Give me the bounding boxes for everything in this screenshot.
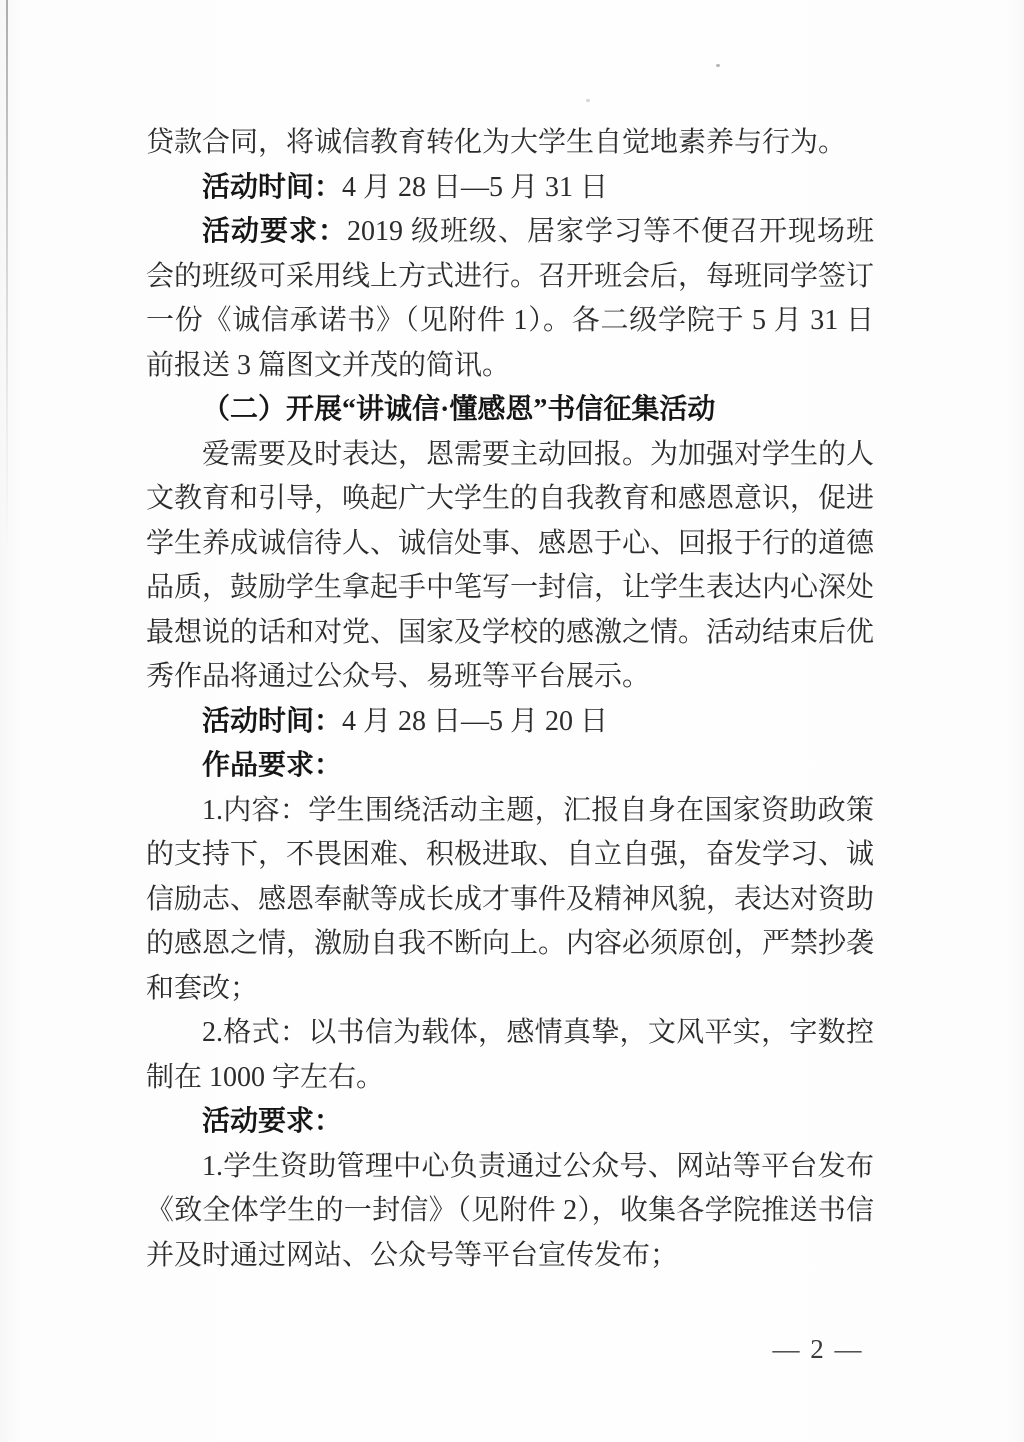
document-body: 贷款合同，将诚信教育转化为大学生自觉地素养与行为。 活动时间：4 月 28 日—… <box>146 121 874 1278</box>
paragraph-loan-contract-continuation: 贷款合同，将诚信教育转化为大学生自觉地素养与行为。 <box>146 121 874 166</box>
paragraph-work-requirement-content: 1.内容：学生围绕活动主题，汇报自身在国家资助政策的支持下，不畏困难、积极进取、… <box>146 789 874 1012</box>
paragraph-activity-time-letter: 活动时间：4 月 28 日—5 月 20 日 <box>146 700 874 745</box>
paragraph-activity-requirement-item-1: 1.学生资助管理中心负责通过公众号、网站等平台发布《致全体学生的一封信》（见附件… <box>146 1145 874 1279</box>
activity-requirements-heading: 活动要求： <box>146 1100 874 1145</box>
scan-edge-artifact <box>6 0 8 560</box>
scanned-document-page: 贷款合同，将诚信教育转化为大学生自觉地素养与行为。 活动时间：4 月 28 日—… <box>0 0 1024 1442</box>
paragraph-activity-requirements-class-meeting: 活动要求：2019 级班级、居家学习等不便召开现场班会的班级可采用线上方式进行。… <box>146 210 874 388</box>
work-requirements-heading: 作品要求： <box>146 744 874 789</box>
activity-time-value: 4 月 28 日—5 月 20 日 <box>342 706 608 737</box>
activity-time-label: 活动时间： <box>202 706 342 737</box>
paragraph-work-requirement-format: 2.格式：以书信为载体，感情真挚，文风平实，字数控制在 1000 字左右。 <box>146 1011 874 1100</box>
section-heading-letter-collection: （二）开展“讲诚信·懂感恩”书信征集活动 <box>146 388 874 433</box>
scan-speck <box>716 64 720 67</box>
scan-speck <box>586 99 590 102</box>
activity-requirements-label: 活动要求： <box>202 216 347 247</box>
page-number: — 2 — <box>758 1334 878 1365</box>
paragraph-activity-time-class-meeting: 活动时间：4 月 28 日—5 月 31 日 <box>146 166 874 211</box>
activity-time-label: 活动时间： <box>202 172 342 203</box>
paragraph-letter-activity-intro: 爱需要及时表达，恩需要主动回报。为加强对学生的人文教育和引导，唤起广大学生的自我… <box>146 433 874 700</box>
activity-time-value: 4 月 28 日—5 月 31 日 <box>342 172 608 203</box>
